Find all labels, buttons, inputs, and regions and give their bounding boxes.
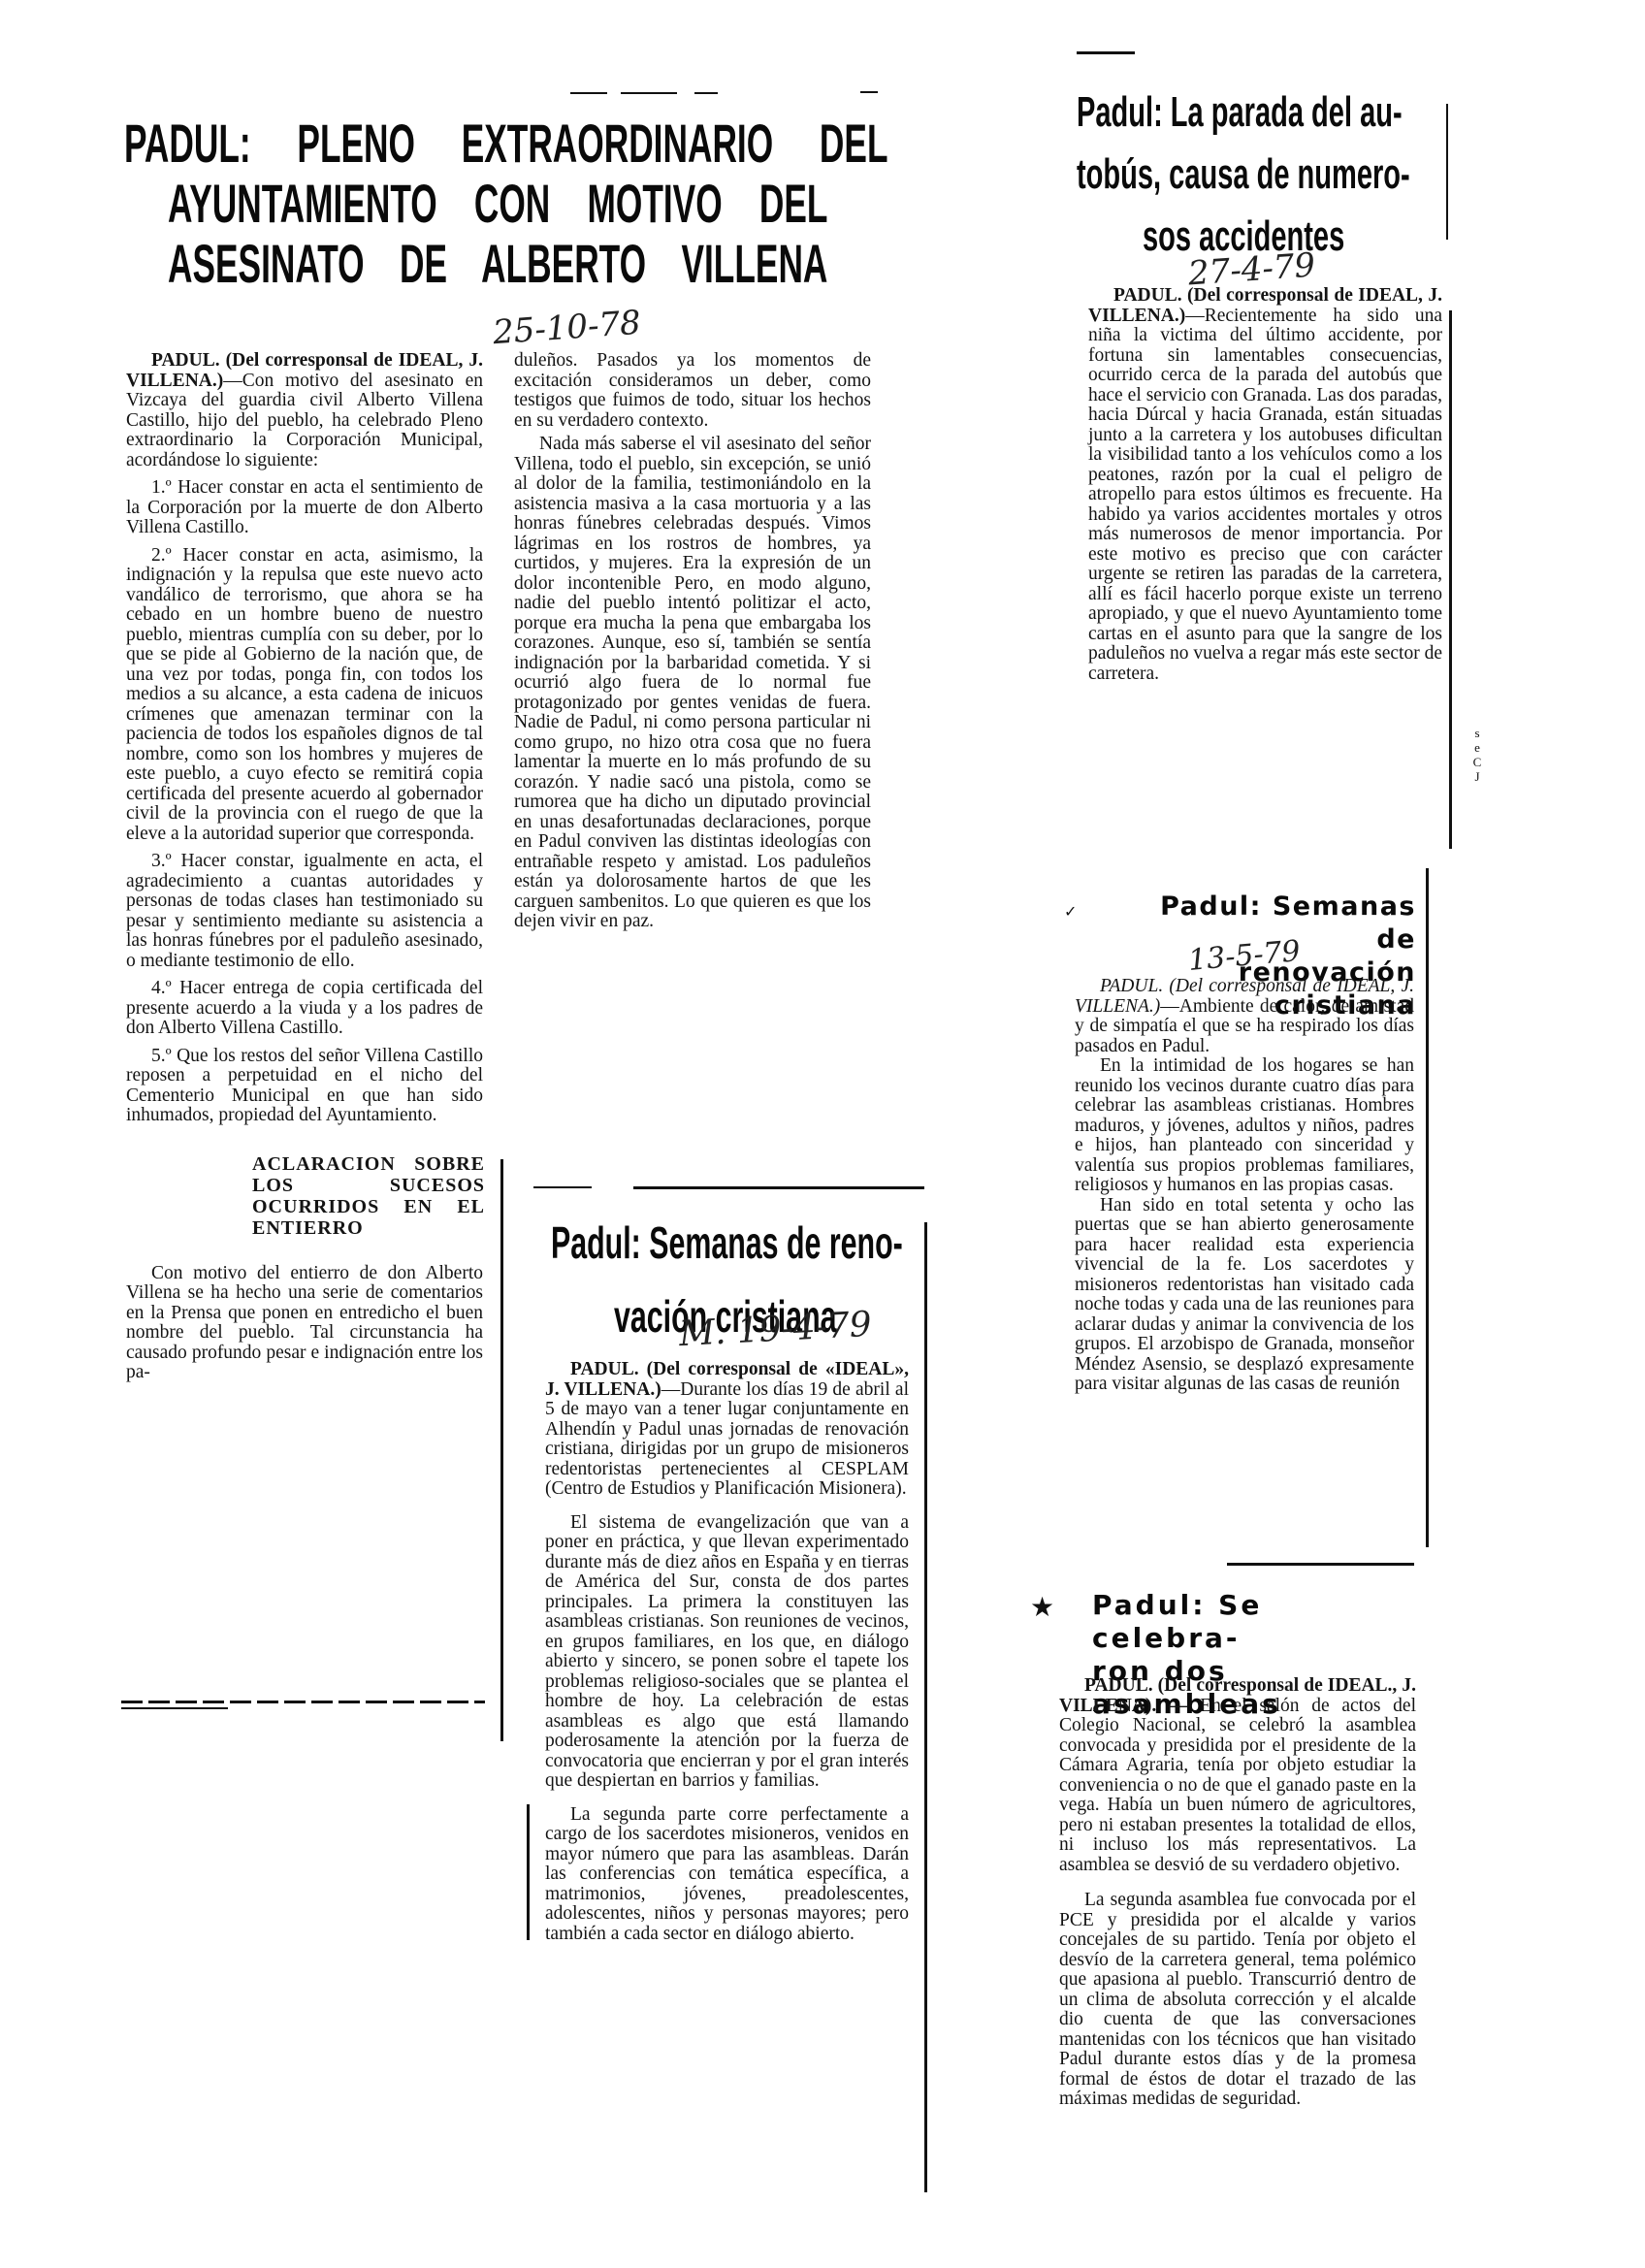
article-2-left-border <box>500 1159 503 1741</box>
article-3-headline-line-2: tobús, causa de numero- <box>1077 151 1320 198</box>
article-5-star: ★ <box>1030 1591 1054 1623</box>
headline-line-1: PADUL: PLENO EXTRAORDINARIO DEL <box>124 114 888 173</box>
article-4-paragraph-2: Han sido en total setenta y ocho las pue… <box>1075 1196 1414 1395</box>
article-2-lead: PADUL. (Del corresponsal de «IDEAL», J. … <box>545 1360 909 1500</box>
article-2-paragraph-2: La segunda parte corre perfectamente a c… <box>545 1805 909 1945</box>
article-1-column-2: duleños. Pasados ya los momentos de exci… <box>514 351 871 932</box>
article-5-lead: PADUL. (Del corresponsal de IDEAL., J. V… <box>1059 1676 1416 1875</box>
point-2: 2.º Hacer constar en acta, asimismo, la … <box>126 546 483 845</box>
subheading: ACLARACION SOBRE LOS SUCESOS OCURRIDOS E… <box>252 1153 485 1239</box>
article-2-left-border-lower <box>527 1804 530 1940</box>
article-2-top-rule-a <box>533 1186 592 1188</box>
article-5-headline-line-1: Padul: Se celebra- <box>1092 1589 1417 1655</box>
article-3-right-border <box>1449 310 1452 849</box>
article-4-paragraph-1: En la intimidad de los hogares se han re… <box>1075 1056 1414 1196</box>
point-1: 1.º Hacer constar en acta el sentimiento… <box>126 478 483 538</box>
article-2-right-border <box>924 1222 927 2192</box>
article-4-mark: ✓ <box>1064 902 1077 921</box>
star-icon: ★ <box>1030 1591 1054 1623</box>
top-rule-3 <box>694 92 718 94</box>
article-4-body: PADUL. (Del corresponsal de IDEAL, J. VI… <box>1075 977 1414 1395</box>
article-1-headline: PADUL: PLENO EXTRAORDINARIO DEL AYUNTAMI… <box>124 114 890 293</box>
column-2-paragraph-1: duleños. Pasados ya los momentos de exci… <box>514 351 871 431</box>
article-2-top-rule-b <box>633 1186 924 1189</box>
article-3-top-rule <box>1077 51 1135 54</box>
headline-line-2: AYUNTAMIENTO CON MOTIVO DEL <box>168 175 827 233</box>
top-rule-2 <box>621 92 677 94</box>
article-5-paragraph-1: La segunda asamblea fue convocada por el… <box>1059 1891 1416 2110</box>
article-3-body: PADUL. (Del corresponsal de IDEAL, J. VI… <box>1088 286 1442 684</box>
point-3: 3.º Hacer constar, igualmente en acta, e… <box>126 852 483 971</box>
article-2-body: PADUL. (Del corresponsal de «IDEAL», J. … <box>545 1360 909 1944</box>
point-5: 5.º Que los restos del señor Villena Cas… <box>126 1047 483 1126</box>
article-5-top-rule <box>1227 1563 1414 1566</box>
article-3-headline: Padul: La parada del au- tobús, causa de… <box>1077 89 1445 260</box>
top-rule-4 <box>860 91 878 93</box>
column-1-tail: Con motivo del entierro de don Alberto V… <box>126 1264 483 1383</box>
margin-annotation: s e C J <box>1471 726 1483 784</box>
article-4-lead: PADUL. (Del corresponsal de IDEAL, J. VI… <box>1075 977 1414 1056</box>
bottom-wavy-rule <box>121 1701 485 1703</box>
article-1-column-1: PADUL. (Del corresponsal de IDEAL, J. VI… <box>126 351 483 1383</box>
handwritten-date: 25-10-78 <box>492 304 642 353</box>
point-4: 4.º Hacer entrega de copia certificada d… <box>126 979 483 1039</box>
article-3-right-border-top <box>1446 104 1448 240</box>
lead-paragraph: PADUL. (Del corresponsal de IDEAL, J. VI… <box>126 351 483 470</box>
article-2-headline-line-1: Padul: Semanas de reno- <box>551 1217 788 1268</box>
top-rule-1 <box>570 92 607 94</box>
bottom-wavy-rule-2 <box>121 1707 228 1709</box>
article-3-lead: PADUL. (Del corresponsal de IDEAL, J. VI… <box>1088 286 1442 684</box>
article-4-right-border <box>1426 868 1429 1547</box>
article-5-body: PADUL. (Del corresponsal de IDEAL., J. V… <box>1059 1676 1416 2110</box>
pencil-mark-icon: ✓ <box>1064 902 1077 921</box>
article-2-paragraph-1: El sistema de evangelización que van a p… <box>545 1513 909 1792</box>
headline-line-3: ASESINATO DE ALBERTO VILLENA <box>168 235 827 293</box>
article-3-headline-line-1: Padul: La parada del au- <box>1077 89 1320 136</box>
column-2-paragraph-2: Nada más saberse el vil asesinato del se… <box>514 435 871 932</box>
